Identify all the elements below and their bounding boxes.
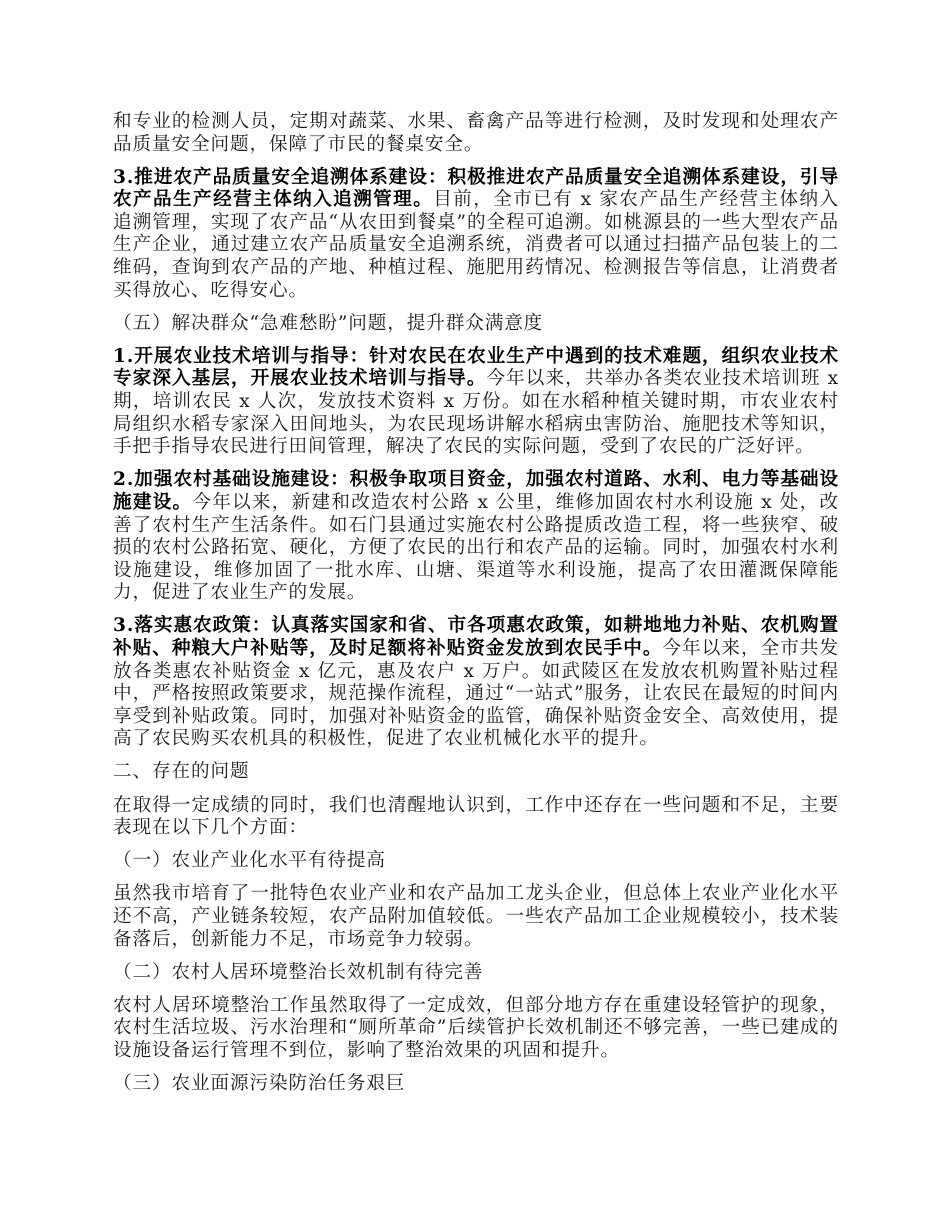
subheading-living-environment: （二）农村人居环境整治长效机制有待完善 xyxy=(113,962,839,985)
paragraph-infrastructure: 2.加强农村基础设施建设：积极争取项目资金，加强农村道路、水利、电力等基础设施建… xyxy=(113,469,839,605)
document-page: 和专业的检测人员，定期对蔬菜、水果、畜禽产品等进行检测，及时发现和处理农产品质量… xyxy=(113,111,839,1106)
paragraph-text: 和专业的检测人员，定期对蔬菜、水果、畜禽产品等进行检测，及时发现和处理农产品质量… xyxy=(113,111,839,155)
paragraph-problems-intro: 在取得一定成绩的同时，我们也清醒地认识到，工作中还存在一些问题和不足，主要表现在… xyxy=(113,795,839,840)
paragraph-industrialization: 虽然我市培育了一批特色农业产业和农产品加工龙头企业，但总体上农业产业化水平还不高… xyxy=(113,883,839,951)
subheading-nonpoint-pollution: （三）农业面源污染防治任务艰巨 xyxy=(113,1073,839,1096)
paragraph-living-environment: 农村人居环境整治工作虽然取得了一定成效，但部分地方存在重建设轻管护的现象，农村生… xyxy=(113,995,839,1063)
paragraph-subsidy-policy: 3.落实惠农政策：认真落实国家和省、市各项惠农政策，如耕地地力补贴、农机购置补贴… xyxy=(113,615,839,751)
paragraph-food-safety-testing: 和专业的检测人员，定期对蔬菜、水果、畜禽产品等进行检测，及时发现和处理农产品质量… xyxy=(113,111,839,156)
paragraph-technical-training: 1.开展农业技术培训与指导：针对农民在农业生产中遇到的技术难题，组织农业技术专家… xyxy=(113,346,839,459)
paragraph-text: 虽然我市培育了一批特色农业产业和农产品加工龙头企业，但总体上农业产业化水平还不高… xyxy=(113,883,839,949)
paragraph-traceability-system: 3.推进农产品质量安全追溯体系建设：积极推进农产品质量安全追溯体系建设，引导农产… xyxy=(113,167,839,303)
paragraph-text: 在取得一定成绩的同时，我们也清醒地认识到，工作中还存在一些问题和不足，主要表现在… xyxy=(113,795,839,839)
subheading-industrialization: （一）农业产业化水平有待提高 xyxy=(113,850,839,873)
section-heading-five: （五）解决群众“急难愁盼”问题，提升群众满意度 xyxy=(113,313,839,336)
paragraph-text: 农村人居环境整治工作虽然取得了一定成效，但部分地方存在重建设轻管护的现象，农村生… xyxy=(113,995,839,1061)
section-heading-existing-problems: 二、存在的问题 xyxy=(113,761,839,784)
paragraph-text: 今年以来，新建和改造农村公路 x 公里，维修加固农村水利设施 x 处，改善了农村… xyxy=(113,492,839,603)
